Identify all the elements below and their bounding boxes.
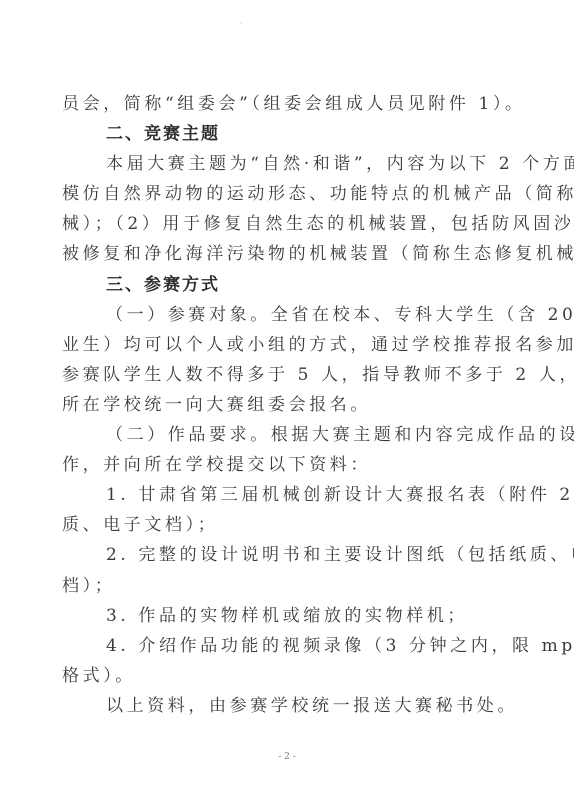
text-line: 员会，简称“组委会”（组委会组成人员见附件 1）。 xyxy=(62,89,508,119)
text-line: 格式）。 xyxy=(62,661,508,691)
list-item: 3. 作品的实物样机或缩放的实物样机； xyxy=(62,601,508,631)
list-item: 1. 甘肃省第三届机械创新设计大赛报名表（附件 2，包括纸 xyxy=(62,480,508,510)
text-line: （一）参赛对象。全省在校本、专科大学生（含 2022 届毕 xyxy=(62,300,508,330)
section-heading-theme: 二、竞赛主题 xyxy=(62,119,508,149)
text-line: 所在学校统一向大赛组委会报名。 xyxy=(62,390,508,420)
text-line: 质、电子文档）； xyxy=(62,510,508,540)
scan-speck xyxy=(240,22,242,24)
text-line: 档）； xyxy=(62,571,508,601)
text-line: 作，并向所在学校提交以下资料： xyxy=(62,450,508,480)
document-body: 员会，简称“组委会”（组委会组成人员见附件 1）。 二、竞赛主题 本届大赛主题为… xyxy=(62,89,508,721)
text-line: （二）作品要求。根据大赛主题和内容完成作品的设计与制 xyxy=(62,420,508,450)
section-heading-method: 三、参赛方式 xyxy=(62,270,508,300)
document-page: 员会，简称“组委会”（组委会组成人员见附件 1）。 二、竞赛主题 本届大赛主题为… xyxy=(0,0,574,812)
page-number: - 2 - xyxy=(0,752,574,762)
list-item: 4. 介绍作品功能的视频录像（3 分钟之内，限 mp4 或 rmvb xyxy=(62,631,508,661)
text-line: 参赛队学生人数不得多于 5 人，指导教师不多于 2 人，参赛队由 xyxy=(62,360,508,390)
text-line: 模仿自然界动物的运动形态、功能特点的机械产品（简称仿生机 xyxy=(62,179,508,209)
text-line: 以上资料，由参赛学校统一报送大赛秘书处。 xyxy=(62,691,508,721)
text-line: 械）；（2）用于修复自然生态的机械装置，包括防风固沙、植 xyxy=(62,209,508,239)
text-line: 被修复和净化海洋污染物的机械装置（简称生态修复机械）。 xyxy=(62,239,508,269)
text-line: 本届大赛主题为“自然·和谐”，内容为以下 2 个方面：（1） xyxy=(62,149,508,179)
text-line: 业生）均可以个人或小组的方式，通过学校推荐报名参加，每个 xyxy=(62,330,508,360)
list-item: 2. 完整的设计说明书和主要设计图纸（包括纸质、电子文 xyxy=(62,540,508,570)
